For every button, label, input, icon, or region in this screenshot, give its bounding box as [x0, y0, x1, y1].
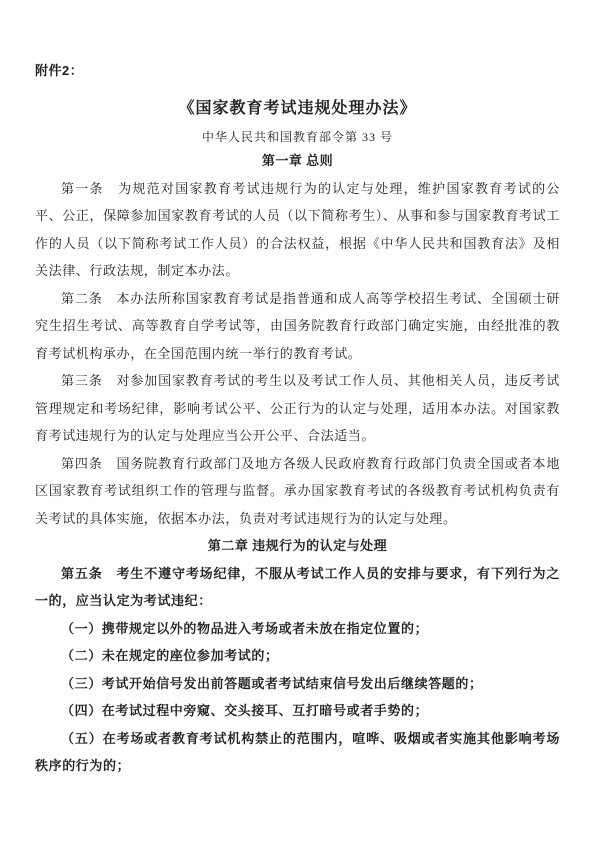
list-item-4: （四）在考试过程中旁窥、交头接耳、互打暗号或者手势的； — [35, 697, 560, 725]
list-item-2: （二）未在规定的座位参加考试的； — [35, 642, 560, 670]
chapter-2-heading: 第二章 违规行为的认定与处理 — [35, 532, 560, 560]
list-item-3: （三）考试开始信号发出前答题或者考试结束信号发出后继续答题的； — [35, 670, 560, 698]
decree-number: 中华人民共和国教育部令第 33 号 — [35, 127, 560, 147]
list-item-5: （五）在考场或者教育考试机构禁止的范围内，喧哗、吸烟或者实施其他影响考场秩序的行… — [35, 725, 560, 780]
document-title: 《国家教育考试违规处理办法》 — [35, 94, 560, 124]
article-2: 第二条 本办法所称国家教育考试是指普通和成人高等学校招生考试、全国硕士研究生招生… — [35, 285, 560, 368]
article-1: 第一条 为规范对国家教育考试违规行为的认定与处理，维护国家教育考试的公平、公正，… — [35, 175, 560, 285]
article-5: 第五条 考生不遵守考场纪律，不服从考试工作人员的安排与要求，有下列行为之一的，应… — [35, 560, 560, 615]
article-4: 第四条 国务院教育行政部门及地方各级人民政府教育行政部门负责全国或者本地区国家教… — [35, 450, 560, 533]
chapter-1-heading: 第一章 总则 — [35, 147, 560, 175]
article-3: 第三条 对参加国家教育考试的考生以及考试工作人员、其他相关人员，违反考试管理规定… — [35, 367, 560, 450]
attachment-label: 附件2： — [35, 60, 560, 82]
document-page: 附件2： 《国家教育考试违规处理办法》 中华人民共和国教育部令第 33 号 第一… — [0, 0, 595, 842]
list-item-1: （一）携带规定以外的物品进入考场或者未放在指定位置的； — [35, 615, 560, 643]
